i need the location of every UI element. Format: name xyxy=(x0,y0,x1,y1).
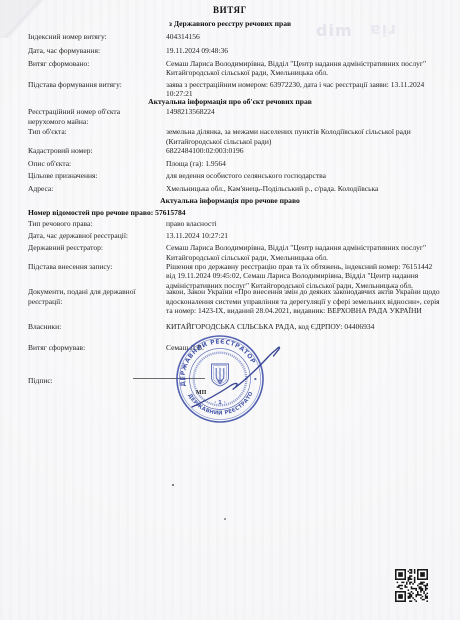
field-value: Хмельницька обл., Кам'янець-Подільський … xyxy=(166,184,442,194)
field-row-cadastral-number: Кадастровий номер: 6822484100:02:003:019… xyxy=(28,146,442,156)
field-value: для ведення особистого селянського госпо… xyxy=(166,171,442,181)
field-row-property-reg-number: Реєстраційний номер об'єкта нерухомого м… xyxy=(28,107,442,126)
field-value: 404314156 xyxy=(166,32,442,42)
field-label: Адреса: xyxy=(28,184,166,194)
field-label: Індексний номер витягу: xyxy=(28,32,166,42)
document-title: ВИТЯГ xyxy=(0,5,460,15)
document-subtitle: з Державного реєстру речових прав xyxy=(0,19,460,28)
field-value: Семаш Лариса Володимирівна, Відділ "Цент… xyxy=(166,59,442,78)
field-label: Кадастровий номер: xyxy=(28,146,166,156)
field-row-owners: Власники: КИТАЙГОРОДСЬКА СІЛЬСЬКА РАДА, … xyxy=(28,322,442,332)
qr-code xyxy=(395,569,428,602)
field-label: Дата, час формування: xyxy=(28,46,166,56)
field-row-record-basis: Підстава внесення запису: Рішення про де… xyxy=(28,262,442,291)
field-label: Дата, час державної реєстрації: xyxy=(28,231,166,241)
field-value: Семаш Лариса Володимирівна, Відділ "Цент… xyxy=(166,243,442,262)
field-label: Документи, подані для державної реєстрац… xyxy=(28,287,166,316)
field-value: 13.11.2024 10:27:21 xyxy=(166,231,442,241)
scan-artifact-dot xyxy=(172,484,174,486)
field-value: 1498213568224 xyxy=(166,107,442,126)
field-value: 6822484100:02:003:0196 xyxy=(166,146,442,156)
section-header-object: Актуальна інформація про об'єкт речових … xyxy=(0,97,460,106)
field-row-designated-purpose: Цільове призначення: для ведення особист… xyxy=(28,171,442,181)
field-value: закон, Закон України «Про внесення змін … xyxy=(166,287,442,316)
scanned-document-page: dim ria ВИТЯГ з Державного реєстру речов… xyxy=(0,0,460,620)
field-value: Рішення про державну реєстрацію прав та … xyxy=(166,262,442,291)
field-label: Державний реєстратор: xyxy=(28,243,166,262)
field-value: земельна ділянка, за межами населених пу… xyxy=(166,127,442,146)
field-label: Підпис: xyxy=(28,376,166,386)
field-row-state-reg-datetime: Дата, час державної реєстрації: 13.11.20… xyxy=(28,231,442,241)
section-header-right: Актуальна інформація про речове право xyxy=(0,196,460,205)
field-row-formation-datetime: Дата, час формування: 19.11.2024 09:48:3… xyxy=(28,46,442,56)
stamp-center-number: · 1 · xyxy=(214,400,226,406)
field-label: Реєстраційний номер об'єкта нерухомого м… xyxy=(28,107,166,126)
field-label: Опис об'єкта: xyxy=(28,159,166,169)
field-label: Витяг сформував: xyxy=(28,343,166,353)
field-label: Підстава внесення запису: xyxy=(28,262,166,291)
registrar-stamp: ДЕРЖАВНИЙ РЕЄСТРАТОР ДЕРЖАВНИЙ РЕЄСТРАТО… xyxy=(172,331,302,441)
field-row-state-registrar: Державний реєстратор: Семаш Лариса Волод… xyxy=(28,243,442,262)
field-label: Тип об'єкта: xyxy=(28,127,166,146)
field-row-object-description: Опис об'єкта: Площа (га): 1.9564 xyxy=(28,159,442,169)
mp-label: МП xyxy=(196,390,207,396)
field-row-object-type: Тип об'єкта: земельна ділянка, за межами… xyxy=(28,127,442,146)
field-label: Тип речового права: xyxy=(28,219,166,229)
trident-emblem xyxy=(212,364,229,386)
field-row-extract-index-number: Індексний номер витягу: 404314156 xyxy=(28,32,442,42)
field-label: Власники: xyxy=(28,322,166,332)
signature-stroke xyxy=(192,347,280,407)
field-label: Цільове призначення: xyxy=(28,171,166,181)
field-row-address: Адреса: Хмельницька обл., Кам'янець-Поді… xyxy=(28,184,442,194)
field-value: право власності xyxy=(166,219,442,229)
field-row-formed-by: Витяг сформовано: Семаш Лариса Володимир… xyxy=(28,59,442,78)
stamp-separator-dot-right xyxy=(254,378,256,380)
field-value: 19.11.2024 09:48:36 xyxy=(166,46,442,56)
field-value: КИТАЙГОРОДСЬКА СІЛЬСЬКА РАДА, код ЄДРПОУ… xyxy=(166,322,442,332)
field-label: Витяг сформовано: xyxy=(28,59,166,78)
field-row-submitted-documents: Документи, подані для державної реєстрац… xyxy=(28,287,442,316)
record-number-line: Номер відомостей про речове право: 57615… xyxy=(28,208,186,217)
scan-artifact-dot xyxy=(224,518,226,520)
field-row-right-type: Тип речового права: право власності xyxy=(28,219,442,229)
stamp-separator-dot-left xyxy=(184,378,186,380)
field-value: Площа (га): 1.9564 xyxy=(166,159,442,169)
